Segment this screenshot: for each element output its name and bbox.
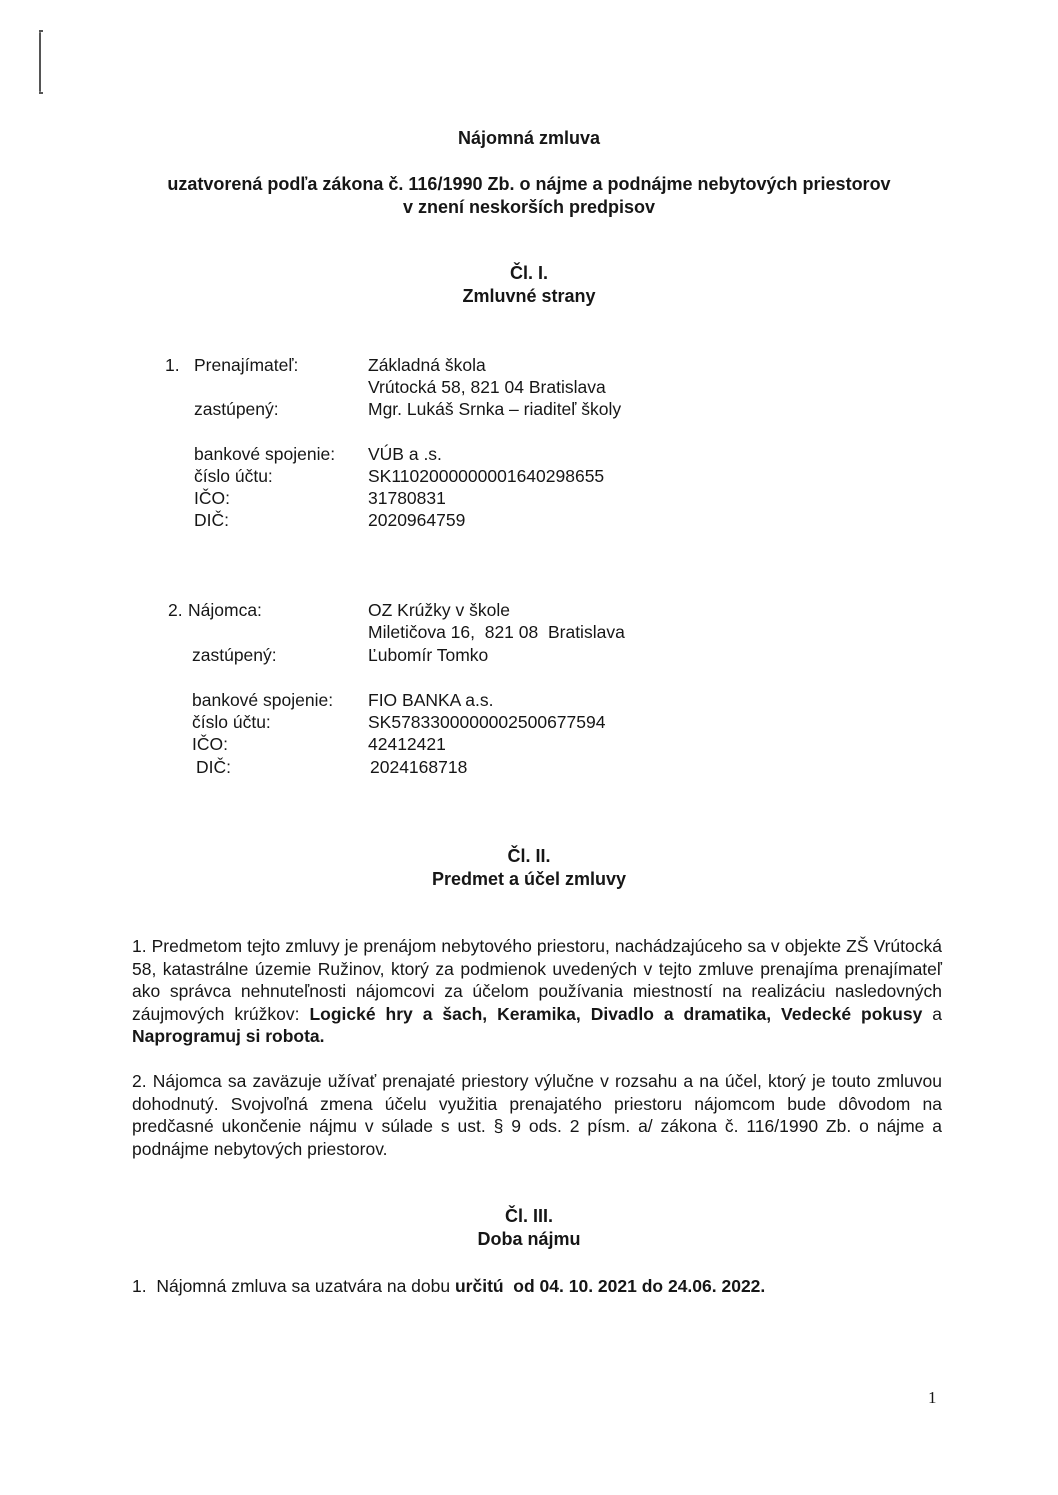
- party2-dic-value: 2024168718: [370, 756, 467, 778]
- party1-represented-value: Mgr. Lukáš Srnka – riaditeľ školy: [368, 398, 621, 420]
- article1-number: Čl. I.: [0, 263, 1058, 284]
- document-title: Nájomná zmluva: [0, 128, 1058, 149]
- article3-number: Čl. III.: [0, 1206, 1058, 1227]
- article1-heading: Zmluvné strany: [0, 286, 1058, 307]
- article2-paragraph2: 2. Nájomca sa zaväzuje užívať prenajaté …: [132, 1070, 942, 1160]
- article3-paragraph1: 1. Nájomná zmluva sa uzatvára na dobu ur…: [132, 1275, 765, 1297]
- article2-paragraph1: 1. Predmetom tejto zmluvy je prenájom ne…: [132, 935, 942, 1048]
- party2-account-value: SK5783300000002500677594: [368, 711, 605, 733]
- article2-para1-clubs: Logické hry a šach, Keramika, Divadlo a …: [309, 1004, 922, 1024]
- party1-role-label: Prenajímateľ:: [194, 354, 298, 376]
- party1-bank-value: VÚB a .s.: [368, 443, 442, 465]
- party2-dic-label: DIČ:: [196, 756, 231, 778]
- party1-account-value: SK1102000000001640298655: [368, 465, 604, 487]
- party1-ico-label: IČO:: [194, 487, 230, 509]
- article2-para1-club-last: Naprogramuj si robota.: [132, 1026, 325, 1046]
- party1-index: 1.: [165, 354, 180, 376]
- party1-address: Vrútocká 58, 821 04 Bratislava: [368, 376, 606, 398]
- party2-ico-label: IČO:: [192, 733, 228, 755]
- party2-address: Miletičova 16, 821 08 Bratislava: [368, 621, 625, 643]
- party1-dic-value: 2020964759: [368, 509, 465, 531]
- article2-heading: Predmet a účel zmluvy: [0, 869, 1058, 890]
- party1-account-label: číslo účtu:: [194, 465, 273, 487]
- page-number: 1: [928, 1388, 937, 1408]
- party1-represented-label: zastúpený:: [194, 398, 279, 420]
- party2-name: OZ Krúžky v škole: [368, 599, 510, 621]
- party2-bank-label: bankové spojenie:: [192, 689, 333, 711]
- document-subtitle-line1: uzatvorená podľa zákona č. 116/1990 Zb. …: [0, 174, 1058, 195]
- document-subtitle-line2: v znení neskorších predpisov: [0, 197, 1058, 218]
- party1-bank-label: bankové spojenie:: [194, 443, 335, 465]
- scan-artifact-mark: [39, 32, 41, 92]
- party1-ico-value: 31780831: [368, 487, 446, 509]
- party2-account-label: číslo účtu:: [192, 711, 271, 733]
- party2-ico-value: 42412421: [368, 733, 446, 755]
- party1-name: Základná škola: [368, 354, 486, 376]
- party1-dic-label: DIČ:: [194, 509, 229, 531]
- party2-role-label: Nájomca:: [188, 599, 262, 621]
- party2-bank-value: FIO BANKA a.s.: [368, 689, 493, 711]
- article3-para1-dates: určitú od 04. 10. 2021 do 24.06. 2022.: [455, 1276, 765, 1296]
- party2-represented-label: zastúpený:: [192, 644, 277, 666]
- party2-represented-value: Ľubomír Tomko: [368, 644, 488, 666]
- article3-heading: Doba nájmu: [0, 1229, 1058, 1250]
- article3-para1-text: 1. Nájomná zmluva sa uzatvára na dobu: [132, 1276, 455, 1296]
- article2-para1-connector: a: [922, 1004, 942, 1024]
- party2-index: 2.: [168, 599, 183, 621]
- article2-number: Čl. II.: [0, 846, 1058, 867]
